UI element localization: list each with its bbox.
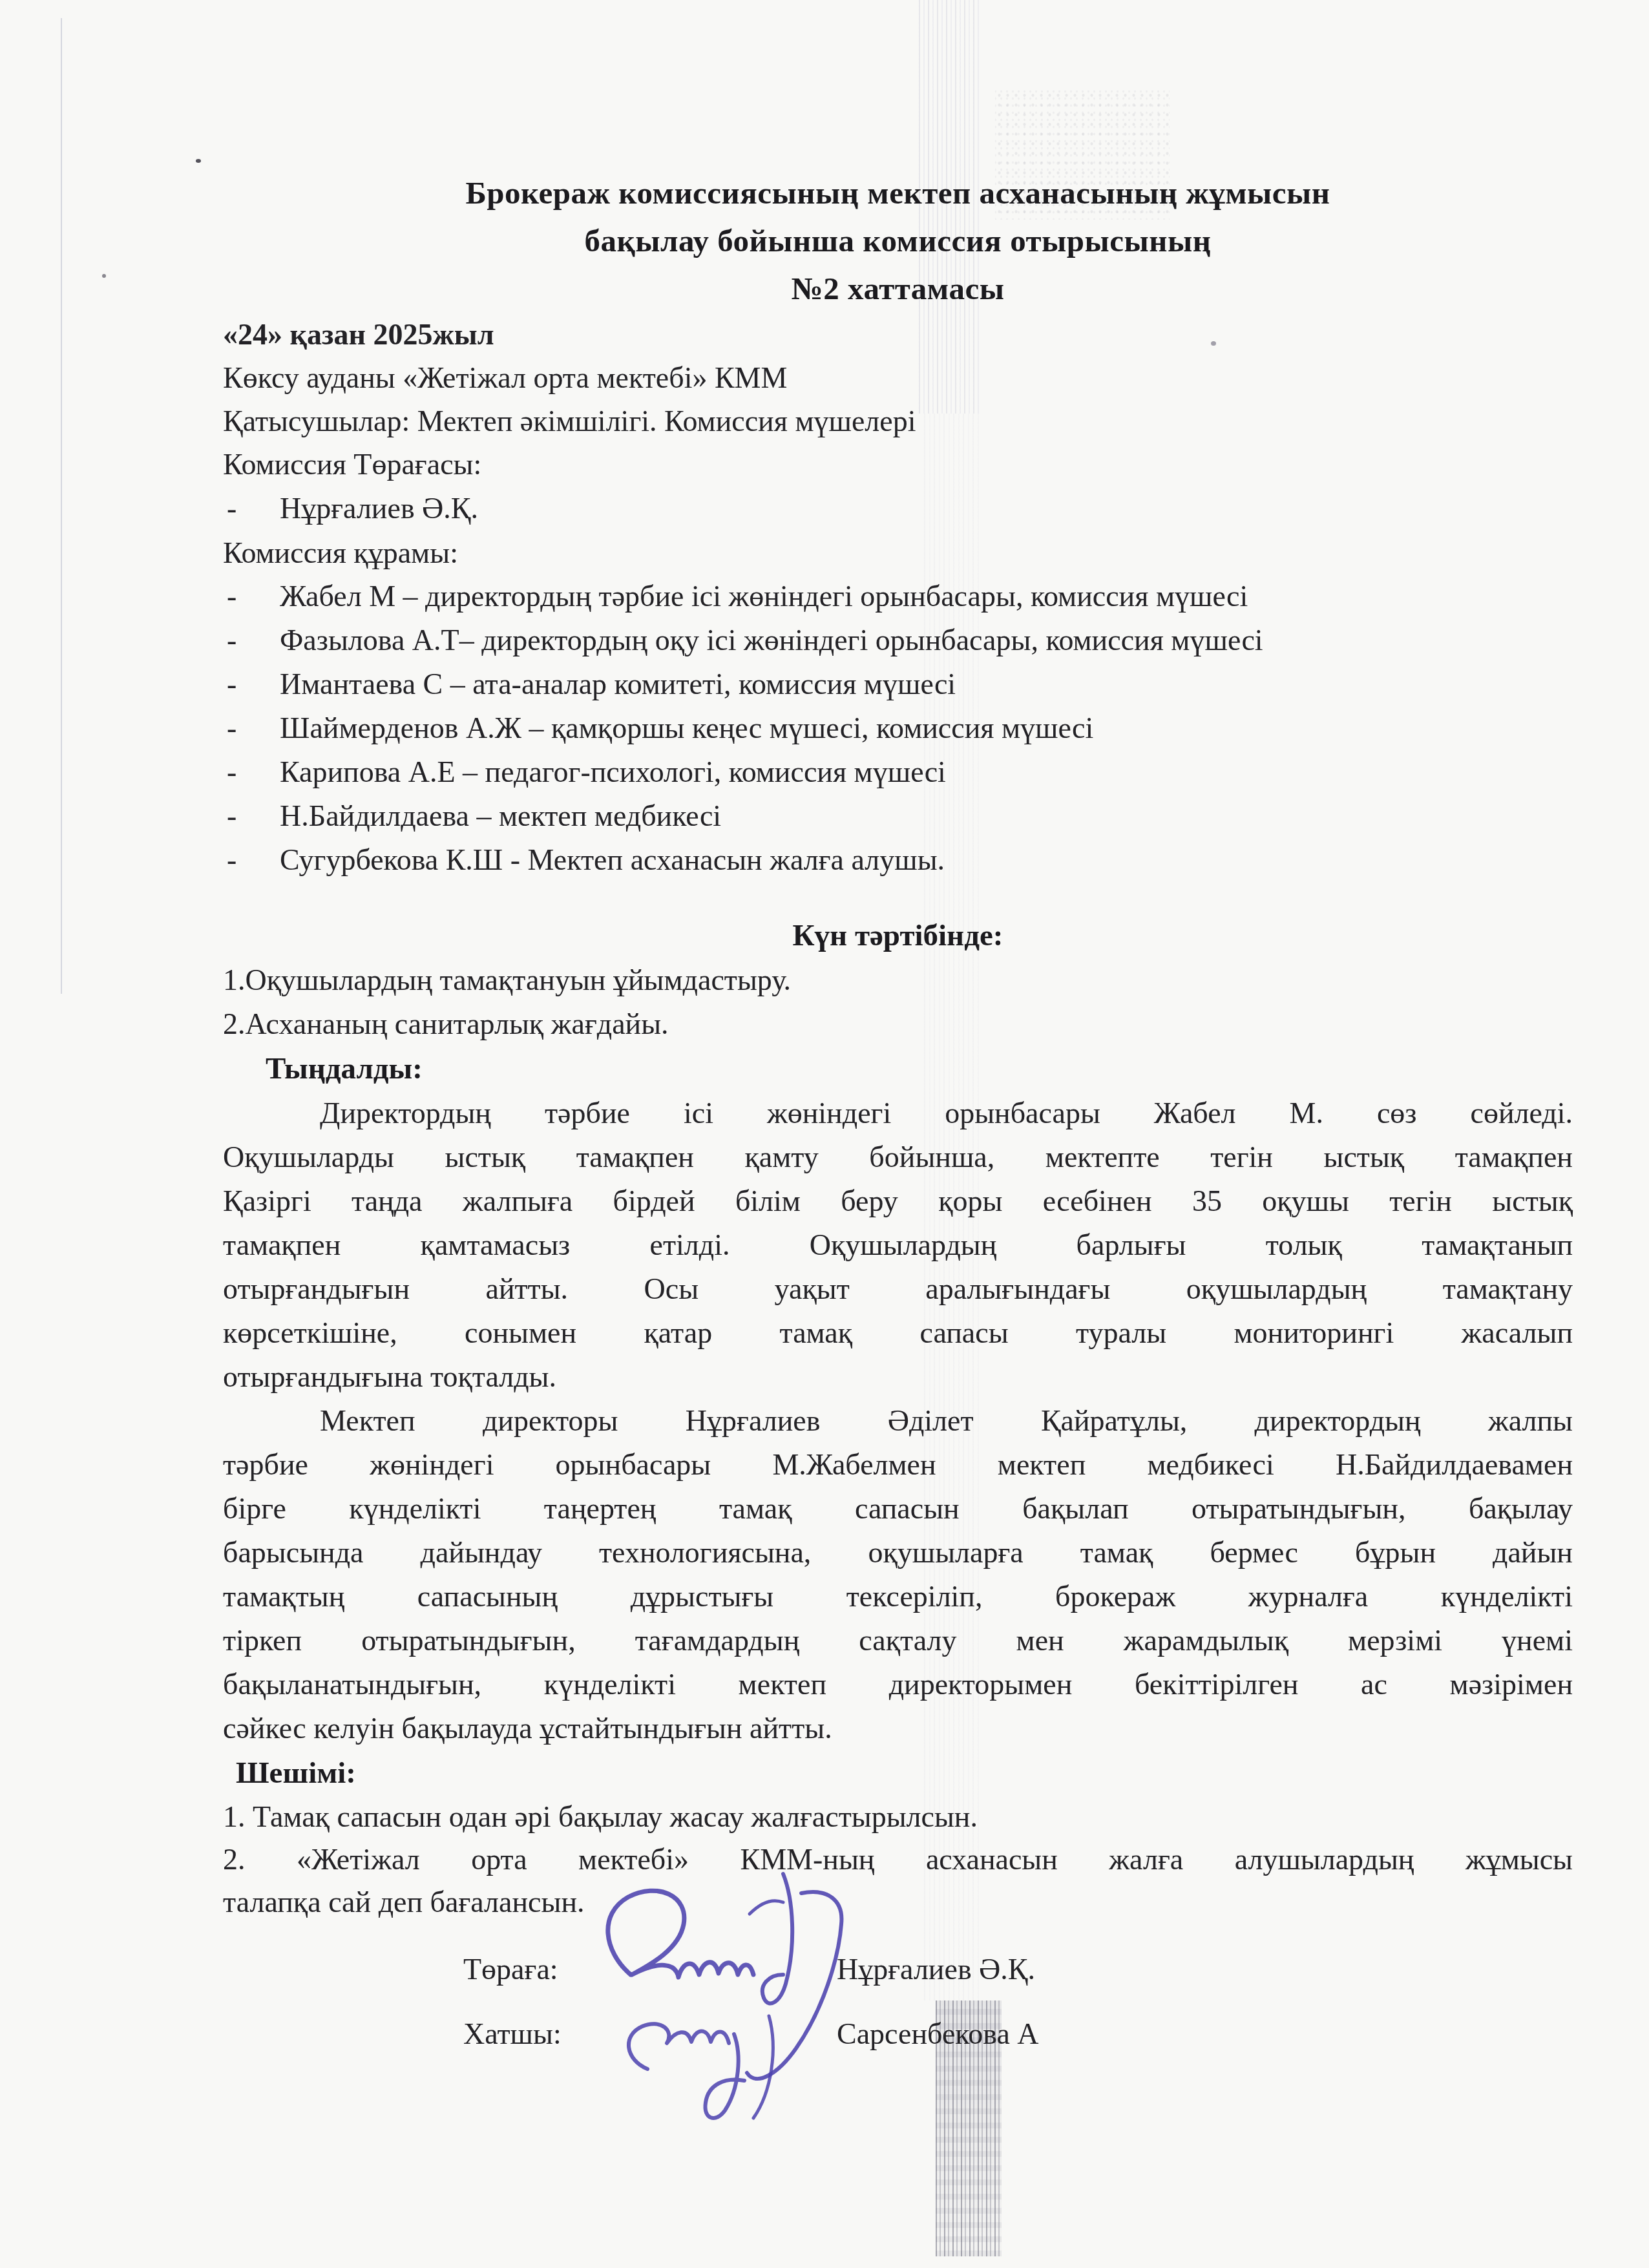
member-item: - Фазылова А.Т– директордың оқу ісі жөні… [223, 618, 1573, 662]
document-title: Брокераж комиссиясының мектеп асханасыны… [223, 169, 1573, 313]
chairman-name: Нұрғалиев Ә.Қ. [280, 486, 1573, 531]
document-body: Брокераж комиссиясының мектеп асханасыны… [0, 0, 1649, 2079]
chairman-item: - Нұрғалиев Ә.Қ. [223, 486, 1573, 531]
decision-item-2-line-2: талапқа сай деп бағалансын. [223, 1881, 1573, 1924]
list-dash: - [223, 662, 280, 706]
secretary-label: Хатшы: [463, 2017, 562, 2051]
title-line-3: №2 хаттамасы [223, 265, 1573, 313]
paragraph-line: отырғандығына тоқталды. [223, 1355, 1573, 1399]
handwritten-signatures [556, 1854, 892, 2152]
document-page: Брокераж комиссиясының мектеп асханасыны… [0, 0, 1649, 2268]
heard-heading: Тыңдалды: [223, 1046, 1573, 1091]
member-item: - Карипова А.Е – педагог-психологі, коми… [223, 750, 1573, 794]
chairman-signature [608, 1874, 842, 2079]
member-item: - Н.Байдилдаева – мектеп медбикесі [223, 794, 1573, 838]
paragraph-line: тамақтың сапасының дұрыстығы тексеріліп,… [223, 1575, 1573, 1619]
chairman-heading: Комиссия Төрағасы: [223, 443, 1573, 486]
member-text: Н.Байдилдаева – мектеп медбикесі [280, 794, 1573, 838]
member-text: Карипова А.Е – педагог-психологі, комисс… [280, 750, 1573, 794]
decision-item-2-line-1: 2. «Жетіжал орта мектебі» КММ-ның асхана… [223, 1838, 1573, 1881]
member-text: Фазылова А.Т– директордың оқу ісі жөнінд… [280, 618, 1573, 662]
list-dash: - [223, 794, 280, 838]
paragraph-line: бірге күнделікті таңертең тамақ сапасын … [223, 1487, 1573, 1531]
heard-paragraph-2: Мектеп директоры Нұрғалиев Әділет Қайрат… [223, 1399, 1573, 1750]
decision-item-1: 1. Тамақ сапасын одан әрі бақылау жасау … [223, 1796, 1573, 1838]
title-line-1: Брокераж комиссиясының мектеп асханасыны… [223, 169, 1573, 217]
signature-block: Төраға: Нұрғалиев Ә.Қ. Хатшы: Сарсенбеко… [223, 1943, 1573, 2079]
member-item: - Имантаева С – ата-аналар комитеті, ком… [223, 662, 1573, 706]
heard-paragraph-1: Директордың тәрбие ісі жөніндегі орынбас… [223, 1091, 1573, 1399]
secretary-signature [629, 2016, 773, 2118]
agenda-item-2: 2.Асхананың санитарлық жағдайы. [223, 1002, 1573, 1046]
member-text: Сугурбекова К.Ш - Мектеп асханасын жалға… [280, 838, 1573, 882]
member-item: - Шаймерденов А.Ж – қамқоршы кеңес мүшес… [223, 706, 1573, 750]
list-dash: - [223, 486, 280, 531]
paragraph-line: тәрбие жөніндегі орынбасары М.Жабелмен м… [223, 1443, 1573, 1487]
paragraph-line: сәйкес келуін бақылауда ұстайтындығын ай… [223, 1706, 1573, 1750]
paragraph-line: Мектеп директоры Нұрғалиев Әділет Қайрат… [223, 1399, 1573, 1443]
paragraph-line: Директордың тәрбие ісі жөніндегі орынбас… [223, 1091, 1573, 1135]
member-text: Имантаева С – ата-аналар комитеті, комис… [280, 662, 1573, 706]
list-dash: - [223, 574, 280, 618]
paragraph-line: бақыланатындығын, күнделікті мектеп дире… [223, 1663, 1573, 1706]
member-text: Шаймерденов А.Ж – қамқоршы кеңес мүшесі,… [280, 706, 1573, 750]
agenda-item-1: 1.Оқушылардың тамақтануын ұйымдастыру. [223, 958, 1573, 1002]
paragraph-line: Қазіргі таңда жалпыға бірдей білім беру … [223, 1179, 1573, 1223]
member-text: Жабел М – директордың тәрбие ісі жөнінде… [280, 574, 1573, 618]
secretary-signature-row: Хатшы: Сарсенбекова А [223, 2008, 1573, 2072]
list-dash: - [223, 838, 280, 882]
paragraph-line: тіркеп отыратындығын, тағамдардың сақтал… [223, 1619, 1573, 1663]
chairman-signature-row: Төраға: Нұрғалиев Ә.Қ. [223, 1943, 1573, 2008]
paragraph-line: тамақпен қамтамасыз етілді. Оқушылардың … [223, 1223, 1573, 1267]
paragraph-line: барысында дайындау технологиясына, оқушы… [223, 1531, 1573, 1575]
title-line-2: бақылау бойынша комиссия отырысының [223, 217, 1573, 265]
list-dash: - [223, 618, 280, 662]
participants-line: Қатысушылар: Мектеп әкімшілігі. Комиссия… [223, 399, 1573, 443]
organization-line: Көксу ауданы «Жетіжал орта мектебі» КММ [223, 356, 1573, 399]
chairman-label: Төраға: [463, 1952, 558, 1986]
paragraph-line: көрсеткішіне, сонымен қатар тамақ сапасы… [223, 1311, 1573, 1355]
member-item: - Сугурбекова К.Ш - Мектеп асханасын жал… [223, 838, 1573, 882]
decision-heading: Шешімі: [223, 1750, 1573, 1796]
list-dash: - [223, 706, 280, 750]
paragraph-line: Оқушыларды ыстық тамақпен қамту бойынша,… [223, 1135, 1573, 1179]
members-heading: Комиссия құрамы: [223, 531, 1573, 574]
agenda-heading: Күн тәртібінде: [223, 913, 1573, 958]
paragraph-line: отырғандығын айтты. Осы уақыт аралығында… [223, 1267, 1573, 1311]
date-line: «24» қазан 2025жыл [223, 313, 1573, 356]
member-item: - Жабел М – директордың тәрбие ісі жөнін… [223, 574, 1573, 618]
list-dash: - [223, 750, 280, 794]
